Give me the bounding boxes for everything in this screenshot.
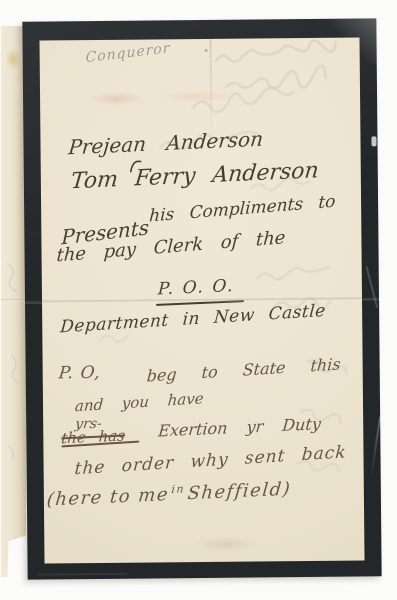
scanned-letter: Conqueror Prejean Anderson Tom Ferry And… xyxy=(0,0,397,600)
paper-speck xyxy=(205,49,208,52)
closing-superscript: in xyxy=(171,482,186,496)
red-smudge xyxy=(78,89,253,109)
paper-stain xyxy=(194,536,256,552)
handwriting-line-6: P. O. O. xyxy=(157,278,235,298)
mourning-card: Conqueror Prejean Anderson Tom Ferry And… xyxy=(22,18,381,579)
border-scuff xyxy=(38,573,128,576)
fold-crease xyxy=(1,299,26,301)
border-scuff xyxy=(366,267,378,308)
paper-stain xyxy=(5,48,22,70)
handwriting-line-8: P. O, xyxy=(58,365,102,382)
edge-chip xyxy=(371,136,376,146)
border-scuff xyxy=(370,417,381,481)
